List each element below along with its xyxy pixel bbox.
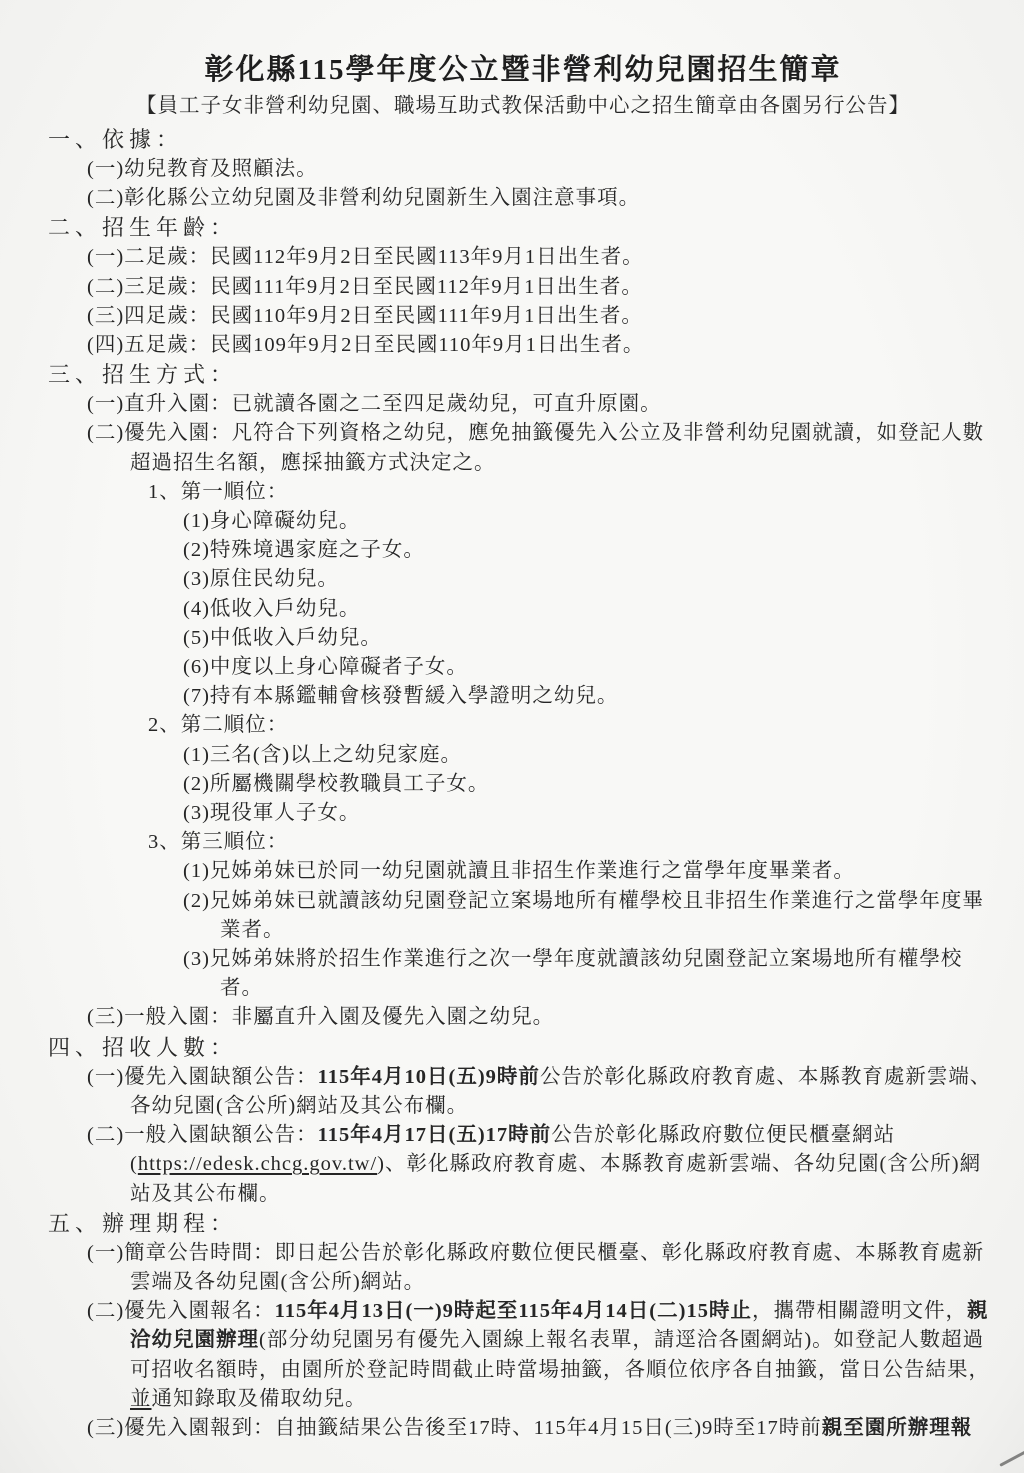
text-run: 115年4月10日(五)9時前 (318, 1066, 540, 1088)
text-run: ，攜帶相關證明文件， (752, 1300, 967, 1322)
text-run: (2)所屬機關學校教職員工子女。 (183, 773, 489, 795)
text-run: (三)一般入園：非屬直升入園及優先入園之幼兒。 (87, 1006, 554, 1028)
list-item: (3)原住民幼兒。 (48, 565, 998, 594)
section-3-heading: 三、招生方式： (48, 360, 998, 390)
list-item: (四)五足歲：民國109年9月2日至民國110年9月1日出生者。 (48, 331, 998, 360)
text-run: (6)中度以上身心障礙者子女。 (183, 656, 468, 678)
text-run: (1)身心障礙幼兒。 (183, 510, 360, 532)
list-item: (三)四足歲：民國110年9月2日至民國111年9月1日出生者。 (48, 302, 998, 331)
text-run: (1)三名(含)以上之幼兒家庭。 (183, 744, 462, 766)
text-run: (一)優先入園缺額公告： (87, 1066, 318, 1088)
list-item: (6)中度以上身心障礙者子女。 (48, 653, 998, 682)
list-item: (三)一般入園：非屬直升入園及優先入園之幼兒。 (48, 1003, 998, 1032)
text-run: (部分幼兒園另有優先入園線上報名表單，請逕洽各園網站)。如登記人數超過可招收名額… (130, 1329, 990, 1380)
text-run: 115年4月17日(五)17時前 (318, 1124, 552, 1146)
list-item: (二)優先入園：凡符合下列資格之幼兒，應免抽籤優先入公立及非營利幼兒園就讀，如登… (48, 419, 998, 477)
list-item: (二)三足歲：民國111年9月2日至民國112年9月1日出生者。 (48, 273, 998, 302)
text-run: 並 (130, 1388, 152, 1410)
text-run: (二)彰化縣公立幼兒園及非營利幼兒園新生入園注意事項。 (87, 187, 640, 209)
list-item: (3)現役軍人子女。 (48, 799, 998, 828)
edesk-url[interactable]: https://edesk.chcg.gov.tw/ (138, 1153, 377, 1175)
text-run: 五、辦理期程： (48, 1211, 237, 1236)
list-item: (二)一般入園缺額公告：115年4月17日(五)17時前公告於彰化縣政府數位便民… (48, 1121, 998, 1209)
list-item: (一)二足歲：民國112年9月2日至民國113年9月1日出生者。 (48, 243, 998, 272)
document-body: 一、依據：(一)幼兒教育及照顧法。(二)彰化縣公立幼兒園及非營利幼兒園新生入園注… (48, 125, 998, 1443)
list-item: (一)簡章公告時間：即日起公告於彰化縣政府數位便民櫃臺、彰化縣政府教育處、本縣教… (48, 1239, 998, 1297)
section-4-heading: 四、招收人數： (48, 1033, 998, 1063)
text-run: 四、招收人數： (48, 1035, 237, 1060)
scanned-document-page: 彰化縣115學年度公立暨非營利幼兒園招生簡章 【員工子女非營利幼兒園、職場互助式… (0, 0, 1024, 1473)
text-run: (1)兄姊弟妹已於同一幼兒園就讀且非招生作業進行之當學年度畢業者。 (183, 860, 855, 882)
list-item: (一)優先入園缺額公告：115年4月10日(五)9時前公告於彰化縣政府教育處、本… (48, 1063, 998, 1121)
text-run: 三、招生方式： (48, 362, 237, 387)
text-run: 二、招生年齡： (48, 215, 237, 240)
text-run: 一、依據： (48, 127, 183, 152)
text-run: (2)特殊境遇家庭之子女。 (183, 539, 425, 561)
text-run: (3)原住民幼兒。 (183, 568, 339, 590)
text-run: (一)簡章公告時間：即日起公告於彰化縣政府數位便民櫃臺、彰化縣政府教育處、本縣教… (87, 1242, 984, 1293)
list-item: 1、第一順位： (48, 478, 998, 507)
list-item: (1)兄姊弟妹已於同一幼兒園就讀且非招生作業進行之當學年度畢業者。 (48, 857, 998, 886)
text-run: (3)現役軍人子女。 (183, 802, 360, 824)
list-item: (7)持有本縣鑑輔會核發暫緩入學證明之幼兒。 (48, 682, 998, 711)
list-item: (二)彰化縣公立幼兒園及非營利幼兒園新生入園注意事項。 (48, 184, 998, 213)
text-run: (3)兄姊弟妹將於招生作業進行之次一學年度就讀該幼兒園登記立案場地所有權學校者。 (183, 948, 962, 999)
text-run: 1、第一順位： (148, 481, 288, 503)
text-run: 115年4月13日(一)9時起至115年4月14日(二)15時止 (275, 1300, 752, 1322)
text-run: 通知錄取及備取幼兒。 (152, 1388, 367, 1410)
text-run: 3、第三順位： (148, 831, 288, 853)
list-item: (3)兄姊弟妹將於招生作業進行之次一學年度就讀該幼兒園登記立案場地所有權學校者。 (48, 945, 998, 1003)
list-item: (三)優先入園報到：自抽籤結果公告後至17時、115年4月15日(三)9時至17… (48, 1414, 998, 1443)
document-content: 彰化縣115學年度公立暨非營利幼兒園招生簡章 【員工子女非營利幼兒園、職場互助式… (0, 0, 1024, 1443)
text-run: (二)優先入園：凡符合下列資格之幼兒，應免抽籤優先入公立及非營利幼兒園就讀，如登… (87, 422, 984, 473)
text-run: (一)二足歲：民國112年9月2日至民國113年9月1日出生者。 (87, 246, 644, 268)
list-item: (1)身心障礙幼兒。 (48, 507, 998, 536)
list-item: 2、第二順位： (48, 711, 998, 740)
text-run: (四)五足歲：民國109年9月2日至民國110年9月1日出生者。 (87, 334, 644, 356)
text-run: (二)優先入園報名： (87, 1300, 275, 1322)
text-run: (7)持有本縣鑑輔會核發暫緩入學證明之幼兒。 (183, 685, 618, 707)
page-title: 彰化縣115學年度公立暨非營利幼兒園招生簡章 (48, 50, 998, 90)
text-run: (三)四足歲：民國110年9月2日至民國111年9月1日出生者。 (87, 305, 643, 327)
text-run: (二)一般入園缺額公告： (87, 1124, 318, 1146)
text-run: (二)三足歲：民國111年9月2日至民國112年9月1日出生者。 (87, 276, 643, 298)
text-run: 2、第二順位： (148, 714, 288, 736)
text-run: (4)低收入戶幼兒。 (183, 598, 360, 620)
text-run: (三)優先入園報到：自抽籤結果公告後至17時、115年4月15日(三)9時至17… (87, 1417, 822, 1439)
list-item: (4)低收入戶幼兒。 (48, 595, 998, 624)
scan-corner-artifact (999, 1448, 1024, 1467)
page-subtitle: 【員工子女非營利幼兒園、職場互助式教保活動中心之招生簡章由各園另行公告】 (48, 90, 998, 123)
text-run: (5)中低收入戶幼兒。 (183, 627, 382, 649)
list-item: (5)中低收入戶幼兒。 (48, 624, 998, 653)
section-2-heading: 二、招生年齡： (48, 213, 998, 243)
section-1-heading: 一、依據： (48, 125, 998, 155)
list-item: 3、第三順位： (48, 828, 998, 857)
list-item: (2)兄姊弟妹已就讀該幼兒園登記立案場地所有權學校且非招生作業進行之當學年度畢業… (48, 887, 998, 945)
list-item: (二)優先入園報名：115年4月13日(一)9時起至115年4月14日(二)15… (48, 1297, 998, 1414)
list-item: (一)直升入園：已就讀各園之二至四足歲幼兒，可直升原園。 (48, 390, 998, 419)
list-item: (一)幼兒教育及照顧法。 (48, 155, 998, 184)
text-run: (2)兄姊弟妹已就讀該幼兒園登記立案場地所有權學校且非招生作業進行之當學年度畢業… (183, 890, 984, 941)
text-run: (一)幼兒教育及照顧法。 (87, 158, 318, 180)
list-item: (2)所屬機關學校教職員工子女。 (48, 770, 998, 799)
list-item: (2)特殊境遇家庭之子女。 (48, 536, 998, 565)
list-item: (1)三名(含)以上之幼兒家庭。 (48, 741, 998, 770)
text-run: 親至園所辦理報 (822, 1417, 973, 1439)
section-5-heading: 五、辦理期程： (48, 1209, 998, 1239)
text-run: (一)直升入園：已就讀各園之二至四足歲幼兒，可直升原園。 (87, 393, 662, 415)
